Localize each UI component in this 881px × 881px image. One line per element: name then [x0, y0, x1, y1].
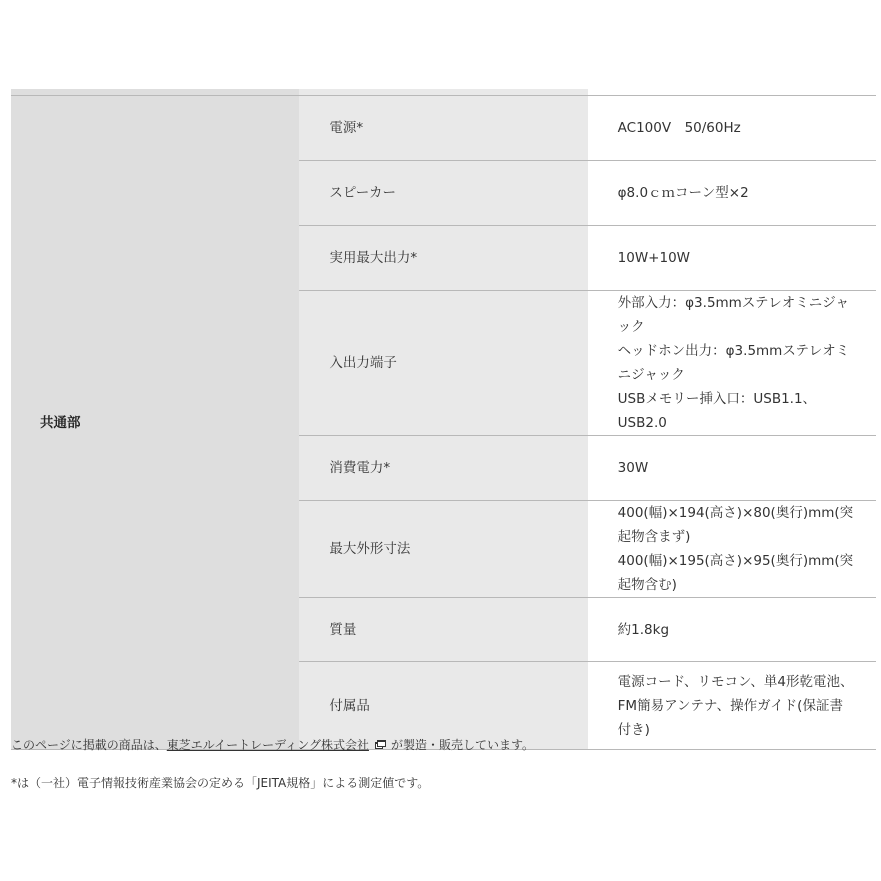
external-window-icon: [375, 740, 386, 750]
spec-value-line: 30W: [618, 456, 856, 480]
spec-value-line: ヘッドホン出力：φ3.5mmステレオミニジャック: [618, 339, 856, 387]
group-label: 共通部: [11, 96, 299, 750]
spec-value: AC100V 50/60Hz: [588, 96, 876, 161]
spec-value: φ8.0ｃｍコーン型×2: [588, 161, 876, 226]
spec-value-line: 約1.8kg: [618, 618, 856, 642]
spec-value-line: AC100V 50/60Hz: [618, 116, 856, 140]
spec-label: 入出力端子: [299, 291, 587, 436]
spec-label: スピーカー: [299, 161, 587, 226]
table-row: 共通部電源*AC100V 50/60Hz: [11, 96, 876, 161]
maker-note-suffix: が製造・販売しています。: [391, 738, 534, 752]
spec-value: 10W+10W: [588, 226, 876, 291]
spec-value-line: 電源コード、リモコン、単4形乾電池、FM簡易アンテナ、操作ガイド(保証書付き): [618, 670, 856, 742]
spec-value: 400(幅)×194(高さ)×80(奥行)mm(突起物含まず)400(幅)×19…: [588, 501, 876, 598]
notes: このページに掲載の商品は、東芝エルイートレーディング株式会社が製造・販売していま…: [11, 735, 871, 793]
spec-table: 共通部電源*AC100V 50/60Hzスピーカーφ8.0ｃｍコーン型×2実用最…: [11, 89, 876, 750]
spec-value-line: USBメモリー挿入口：USB1.1、USB2.0: [618, 387, 856, 435]
spec-label: 質量: [299, 598, 587, 662]
jeita-note: *は（一社）電子情報技術産業協会の定める「JEITA規格」による測定値です。: [11, 773, 871, 793]
maker-note: このページに掲載の商品は、東芝エルイートレーディング株式会社が製造・販売していま…: [11, 735, 871, 755]
spec-value: 外部入力：φ3.5mmステレオミニジャックヘッドホン出力：φ3.5mmステレオミ…: [588, 291, 876, 436]
spec-label: 最大外形寸法: [299, 501, 587, 598]
maker-note-prefix: このページに掲載の商品は、: [11, 738, 167, 752]
spec-label: 消費電力*: [299, 436, 587, 501]
spec-label: 電源*: [299, 96, 587, 161]
spec-value-line: 10W+10W: [618, 246, 856, 270]
spec-value-line: 400(幅)×195(高さ)×95(奥行)mm(突起物含む): [618, 549, 856, 597]
spec-label: 実用最大出力*: [299, 226, 587, 291]
spec-value: 約1.8kg: [588, 598, 876, 662]
maker-link[interactable]: 東芝エルイートレーディング株式会社: [167, 738, 369, 752]
spec-value-line: 400(幅)×194(高さ)×80(奥行)mm(突起物含まず): [618, 501, 856, 549]
spec-value-line: φ8.0ｃｍコーン型×2: [618, 181, 856, 205]
spec-value: 30W: [588, 436, 876, 501]
spec-value-line: 外部入力：φ3.5mmステレオミニジャック: [618, 291, 856, 339]
